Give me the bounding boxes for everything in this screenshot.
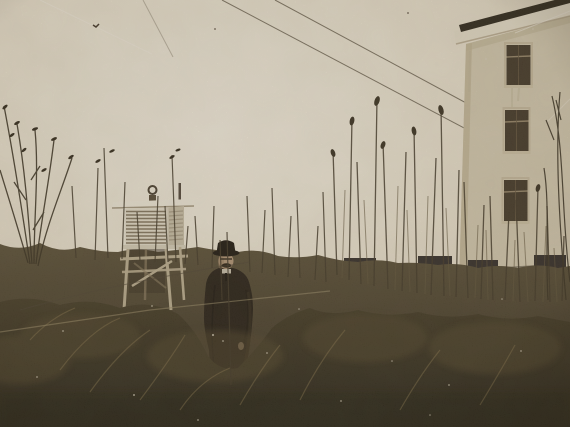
- photo: [0, 0, 570, 427]
- vignette: [0, 0, 570, 427]
- photo-canvas: [0, 0, 570, 427]
